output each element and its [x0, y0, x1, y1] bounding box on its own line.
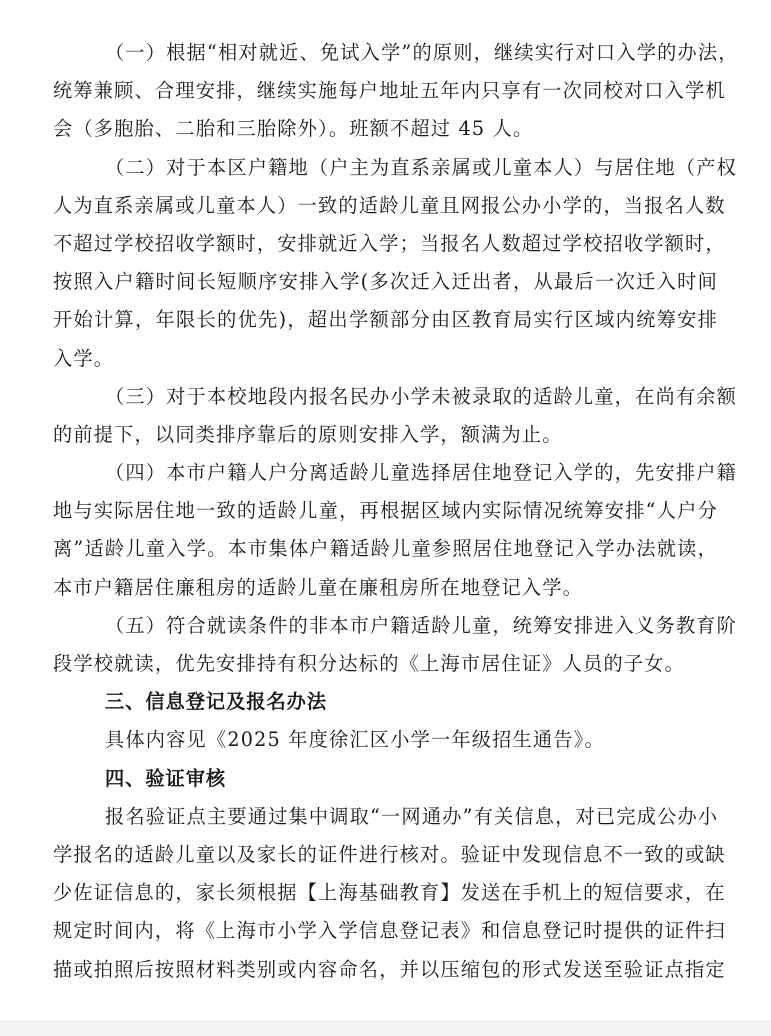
section-heading: 四、验证审核 [53, 760, 718, 798]
text-line: 统筹兼顾、合理安排，继续实施每户地址五年内只享有一次同校对口入学机 [53, 72, 718, 110]
text-line: 不超过学校招收学额时，安排就近入学；当报名人数超过学校招收学额时， [53, 225, 718, 263]
text-line: 报名验证点主要通过集中调取“一网通办”有关信息，对已完成公办小 [53, 798, 718, 836]
paragraph-item-3: （三）对于本校地段内报名民办小学未被录取的适龄儿童，在尚有余额 的前提下，以同类… [53, 378, 718, 454]
text-line: （五）符合就读条件的非本市户籍适龄儿童，统筹安排进入义务教育阶 [53, 607, 718, 645]
text-line: 会（多胞胎、二胎和三胎除外）。班额不超过 45 人。 [53, 110, 718, 148]
text-line: 段学校就读，优先安排持有积分达标的《上海市居住证》人员的子女。 [53, 645, 718, 683]
document-page: （一）根据“相对就近、免试入学”的原则，继续实行对口入学的办法， 统筹兼顾、合理… [0, 0, 771, 1020]
text-line: 地与实际居住地一致的适龄儿童，再根据区域内实际情况统筹安排“人户分 [53, 492, 718, 530]
text-line: 描或拍照后按照材料类别或内容命名，并以压缩包的形式发送至验证点指定 [53, 951, 718, 989]
text-line: 少佐证信息的，家长须根据【上海基础教育】发送在手机上的短信要求，在 [53, 874, 718, 912]
text-line: 具体内容见《2025 年度徐汇区小学一年级招生通告》。 [53, 721, 718, 759]
document-body: （一）根据“相对就近、免试入学”的原则，继续实行对口入学的办法， 统筹兼顾、合理… [53, 34, 718, 989]
text-line: 的前提下，以同类排序靠后的原则安排入学，额满为止。 [53, 416, 718, 454]
text-line: 开始计算，年限长的优先)，超出学额部分由区教育局实行区域内统筹安排 [53, 301, 718, 339]
section-3: 三、信息登记及报名办法 具体内容见《2025 年度徐汇区小学一年级招生通告》。 [53, 683, 718, 759]
text-line: （四）本市户籍人户分离适龄儿童选择居住地登记入学的，先安排户籍 [53, 454, 718, 492]
text-line: 按照入户籍时间长短顺序安排入学(多次迁入迁出者，从最后一次迁入时间 [53, 263, 718, 301]
section-4: 四、验证审核 报名验证点主要通过集中调取“一网通办”有关信息，对已完成公办小 学… [53, 760, 718, 989]
text-line: 学报名的适龄儿童以及家长的证件进行核对。验证中发现信息不一致的或缺 [53, 836, 718, 874]
text-line: （二）对于本区户籍地（户主为直系亲属或儿童本人）与居住地（产权 [53, 149, 718, 187]
section-heading: 三、信息登记及报名办法 [53, 683, 718, 721]
text-line: 本市户籍居住廉租房的适龄儿童在廉租房所在地登记入学。 [53, 569, 718, 607]
page-bottom-margin [0, 1020, 771, 1036]
paragraph-item-4: （四）本市户籍人户分离适龄儿童选择居住地登记入学的，先安排户籍 地与实际居住地一… [53, 454, 718, 607]
text-line: （一）根据“相对就近、免试入学”的原则，继续实行对口入学的办法， [53, 34, 718, 72]
text-line: 规定时间内，将《上海市小学入学信息登记表》和信息登记时提供的证件扫 [53, 912, 718, 950]
paragraph-item-1: （一）根据“相对就近、免试入学”的原则，继续实行对口入学的办法， 统筹兼顾、合理… [53, 34, 718, 149]
text-line: 入学。 [53, 340, 718, 378]
text-line: 离”适龄儿童入学。本市集体户籍适龄儿童参照居住地登记入学办法就读， [53, 530, 718, 568]
paragraph-item-5: （五）符合就读条件的非本市户籍适龄儿童，统筹安排进入义务教育阶 段学校就读，优先… [53, 607, 718, 683]
text-line: （三）对于本校地段内报名民办小学未被录取的适龄儿童，在尚有余额 [53, 378, 718, 416]
paragraph-item-2: （二）对于本区户籍地（户主为直系亲属或儿童本人）与居住地（产权 人为直系亲属或儿… [53, 149, 718, 378]
text-line: 人为直系亲属或儿童本人）一致的适龄儿童且网报公办小学的，当报名人数 [53, 187, 718, 225]
